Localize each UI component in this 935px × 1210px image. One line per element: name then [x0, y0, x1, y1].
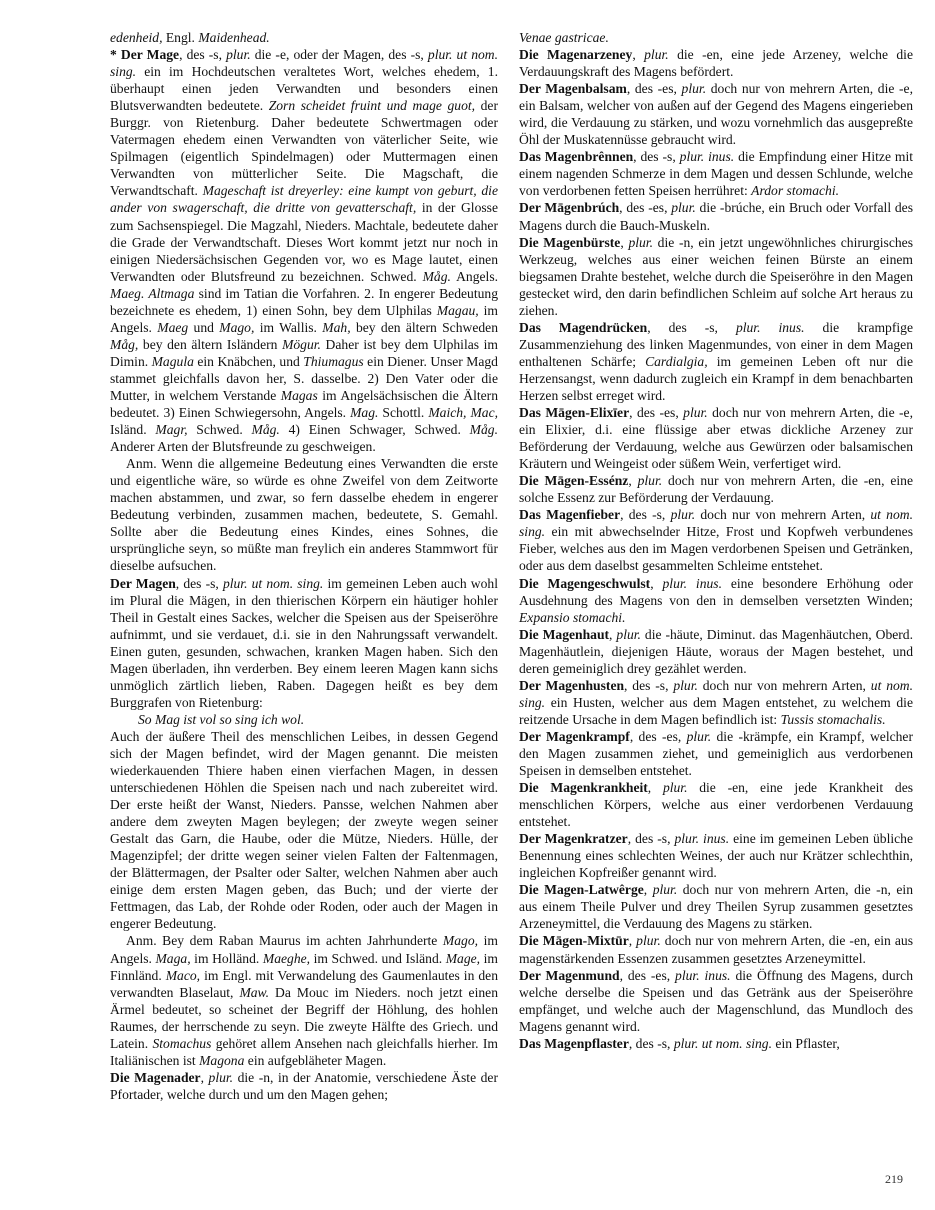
italic-text: Ardor stomachi.	[751, 183, 839, 198]
italic-text: plur.	[628, 235, 653, 250]
italic-text: plur. inus.	[680, 149, 735, 164]
italic-text: Stomachus	[152, 1036, 211, 1051]
headword: Der Magenkratzer	[519, 831, 628, 846]
headword: Der Magen	[110, 576, 176, 591]
continuation-text: Venae gastricae.	[519, 29, 913, 46]
italic-text: edenheid,	[110, 30, 162, 45]
italic-text: Maeg. Altmaga	[110, 286, 194, 301]
body-text: Isländ.	[110, 422, 155, 437]
body-text: ,	[628, 473, 637, 488]
body-text: ,	[648, 780, 663, 795]
italic-text: plur.	[226, 47, 251, 62]
body-text: , des -s,	[179, 47, 226, 62]
dictionary-page: edenheid, Engl. Maidenhead.* Der Mage, d…	[0, 0, 935, 1210]
italic-text: Maeghe,	[263, 951, 310, 966]
body-text: im Schwed. und Isländ.	[310, 951, 446, 966]
annotation-paragraph: Anm. Wenn die allgemeine Bedeutung eines…	[110, 455, 498, 574]
italic-text: Måg.	[423, 269, 451, 284]
italic-text: plur.	[683, 405, 708, 420]
italic-text: Magona	[199, 1053, 244, 1068]
italic-text: plur.	[671, 200, 696, 215]
body-text: im Wallis.	[254, 320, 322, 335]
body-text: 4) Einen Schwager, Schwed.	[280, 422, 470, 437]
italic-text: Maich, Mac,	[428, 405, 498, 420]
italic-text: plur.	[209, 1070, 234, 1085]
dictionary-entry: Die Magenarzeney, plur. die -en, eine je…	[519, 46, 913, 80]
dictionary-entry: Der Māgenbrúch, des -es, plur. die -brúc…	[519, 199, 913, 233]
body-text: bey den ältern Schweden	[351, 320, 498, 335]
body-text: , des -es,	[629, 405, 683, 420]
body-text: Anderer Arten der Blutsfreunde zu geschw…	[110, 439, 376, 454]
headword: Das Magenpflaster	[519, 1036, 629, 1051]
body-text: doch nur von mehrern Arten,	[698, 678, 871, 693]
italic-text: Expansio stomachi.	[519, 610, 625, 625]
dictionary-entry: Die Māgen-Essénz, plur. doch nur von meh…	[519, 472, 913, 506]
dictionary-entry: * Der Mage, des -s, plur. die -e, oder d…	[110, 46, 498, 455]
italic-text: plur.	[638, 473, 663, 488]
body-text: , des -s,	[624, 678, 673, 693]
body-text: ,	[632, 47, 644, 62]
body-text: , des -s,	[629, 1036, 674, 1051]
italic-text: Maeg	[157, 320, 188, 335]
body-text: im gemeinen Leben auch wohl im Plural di…	[110, 576, 498, 710]
italic-text: Zorn scheidet fruint und mage guot,	[269, 98, 475, 113]
body-text: im Holländ.	[191, 951, 263, 966]
page-number: 219	[885, 1172, 903, 1187]
italic-text: plur.	[673, 678, 698, 693]
dictionary-entry: Der Magenkratzer, des -s, plur. inus. ei…	[519, 830, 913, 881]
italic-text: plur.	[682, 81, 707, 96]
headword: Der Magenbalsam	[519, 81, 627, 96]
body-text: ,	[650, 576, 662, 591]
body-text: ein Pflaster,	[772, 1036, 840, 1051]
body-text: , des -s,	[628, 831, 675, 846]
dictionary-entry: Das Magenfieber, des -s, plur. doch nur …	[519, 506, 913, 574]
body-text: , des -es,	[630, 729, 687, 744]
dictionary-entry: Das Māgen-Elixīer, des -es, plur. doch n…	[519, 404, 913, 472]
headword: Der Magenhusten	[519, 678, 624, 693]
body-text: , des -es,	[620, 968, 675, 983]
body-text: und	[188, 320, 219, 335]
body-text: , des -es,	[627, 81, 682, 96]
dictionary-entry: Die Magen-Latwêrge, plur. doch nur von m…	[519, 881, 913, 932]
italic-text: Maco,	[166, 968, 200, 983]
italic-text: plur. ut nom. sing.	[674, 1036, 772, 1051]
body-text: , des -es,	[619, 200, 671, 215]
body-text: ,	[201, 1070, 209, 1085]
body-text: ein mit abwechselnder Hitze, Frost und K…	[519, 524, 913, 573]
dictionary-entry: Die Magengeschwulst, plur. inus. eine be…	[519, 575, 913, 626]
italic-text: Mago,	[219, 320, 254, 335]
italic-text: plur.	[671, 507, 696, 522]
body-text: Anm. Bey dem Raban Maurus im achten Jahr…	[126, 933, 443, 948]
body-text: , des -s,	[620, 507, 670, 522]
italic-text: Mah,	[322, 320, 350, 335]
body-text: Schottl.	[378, 405, 428, 420]
headword: Die Magenkrankheit	[519, 780, 648, 795]
headword: Das Magenfieber	[519, 507, 620, 522]
italic-text: Tussis stomachalis.	[781, 712, 886, 727]
italic-text: Venae gastricae.	[519, 30, 609, 45]
italic-text: plur.	[653, 882, 678, 897]
headword: Der Magenmund	[519, 968, 620, 983]
italic-text: plur.	[644, 47, 669, 62]
italic-text: plur. inus.	[736, 320, 805, 335]
italic-text: Maidenhead.	[198, 30, 269, 45]
headword: Die Magen-Latwêrge	[519, 882, 644, 897]
continuation-text: edenheid, Engl. Maidenhead.	[110, 29, 498, 46]
body-text: Angels.	[451, 269, 498, 284]
headword: Das Magenbrênnen	[519, 149, 633, 164]
body-text: Auch der äußere Theil des menschlichen L…	[110, 729, 498, 932]
body-text: , des -s,	[647, 320, 736, 335]
italic-text: So Mag ist vol so sing ich wol.	[138, 712, 304, 727]
italic-text: plur. ut nom. sing.	[223, 576, 323, 591]
dictionary-entry: Die Magenhaut, plur. die -häute, Diminut…	[519, 626, 913, 677]
body-text: bey den ältern Isländern	[138, 337, 282, 352]
italic-text: Mage,	[446, 951, 480, 966]
headword: Der Magenkrampf	[519, 729, 630, 744]
headword: Das Māgen-Elixīer	[519, 405, 629, 420]
italic-text: plur. inus.	[663, 576, 723, 591]
italic-text: Måg.	[470, 422, 498, 437]
italic-text: Thiumagus	[303, 354, 363, 369]
body-text: ein aufgebläheter Magen.	[244, 1053, 386, 1068]
italic-text: Maw.	[239, 985, 269, 1000]
headword: Die Magenarzeney	[519, 47, 632, 62]
italic-text: Magau,	[437, 303, 479, 318]
italic-text: Mag.	[350, 405, 378, 420]
headword: Der Māgenbrúch	[519, 200, 619, 215]
headword: Die Māgen-Essénz	[519, 473, 628, 488]
body-text: die -e, oder der Magen, des -s,	[251, 47, 428, 62]
headword: Die Magenhaut	[519, 627, 609, 642]
dictionary-entry: Der Magenhusten, des -s, plur. doch nur …	[519, 677, 913, 728]
headword: Die Magenbürste	[519, 235, 620, 250]
dictionary-entry: Auch der äußere Theil des menschlichen L…	[110, 728, 498, 933]
dictionary-entry: Das Magendrücken, des -s, plur. inus. di…	[519, 319, 913, 404]
italic-text: Mago,	[443, 933, 478, 948]
body-text: ,	[644, 882, 653, 897]
headword: Das Magendrücken	[519, 320, 647, 335]
dictionary-entry: Das Magenbrênnen, des -s, plur. inus. di…	[519, 148, 913, 199]
italic-text: plur.	[636, 933, 661, 948]
dictionary-entry: Der Magenmund, des -es, plur. inus. die …	[519, 967, 913, 1035]
dictionary-entry: Die Māgen-Mixtūr, plur. doch nur von meh…	[519, 932, 913, 966]
italic-text: Mögur.	[282, 337, 321, 352]
italic-text: Måg.	[252, 422, 280, 437]
italic-text: plur.	[687, 729, 712, 744]
dictionary-entry: Die Magenader, plur. die -n, in der Anat…	[110, 1069, 498, 1103]
quotation-line: So Mag ist vol so sing ich wol.	[110, 711, 498, 728]
body-text: , des -s,	[633, 149, 679, 164]
italic-text: Magr,	[155, 422, 187, 437]
body-text: Schwed.	[188, 422, 252, 437]
annotation-paragraph: Anm. Bey dem Raban Maurus im achten Jahr…	[110, 932, 498, 1068]
dictionary-entry: Die Magenkrankheit, plur. die -en, eine …	[519, 779, 913, 830]
body-text: Engl.	[162, 30, 198, 45]
italic-text: plur. inus.	[674, 831, 729, 846]
dictionary-entry: Die Magenbürste, plur. die -n, ein jetzt…	[519, 234, 913, 319]
dictionary-entry: Der Magenbalsam, des -es, plur. doch nur…	[519, 80, 913, 148]
headword: Die Māgen-Mixtūr	[519, 933, 629, 948]
italic-text: plur. inus.	[675, 968, 731, 983]
italic-text: Maga,	[155, 951, 190, 966]
headword: Die Magengeschwulst	[519, 576, 650, 591]
italic-text: Cardialgia,	[645, 354, 708, 369]
italic-text: Måg,	[110, 337, 138, 352]
body-text: Anm. Wenn die allgemeine Bedeutung eines…	[110, 456, 498, 573]
italic-text: Magula	[152, 354, 194, 369]
headword: Die Magenader	[110, 1070, 201, 1085]
body-text: doch nur von mehrern Arten,	[695, 507, 870, 522]
italic-text: plur.	[663, 780, 688, 795]
italic-text: plur.	[616, 627, 641, 642]
body-text: ein Knäbchen, und	[194, 354, 303, 369]
italic-text: Magas	[281, 388, 318, 403]
dictionary-entry: Das Magenpflaster, des -s, plur. ut nom.…	[519, 1035, 913, 1052]
dictionary-entry: Der Magen, des -s, plur. ut nom. sing. i…	[110, 575, 498, 711]
headword: * Der Mage	[110, 47, 179, 62]
body-text: , des -s,	[176, 576, 223, 591]
left-column: edenheid, Engl. Maidenhead.* Der Mage, d…	[110, 29, 498, 1103]
right-column: Venae gastricae.Die Magenarzeney, plur. …	[519, 29, 913, 1052]
dictionary-entry: Der Magenkrampf, des -es, plur. die -krä…	[519, 728, 913, 779]
